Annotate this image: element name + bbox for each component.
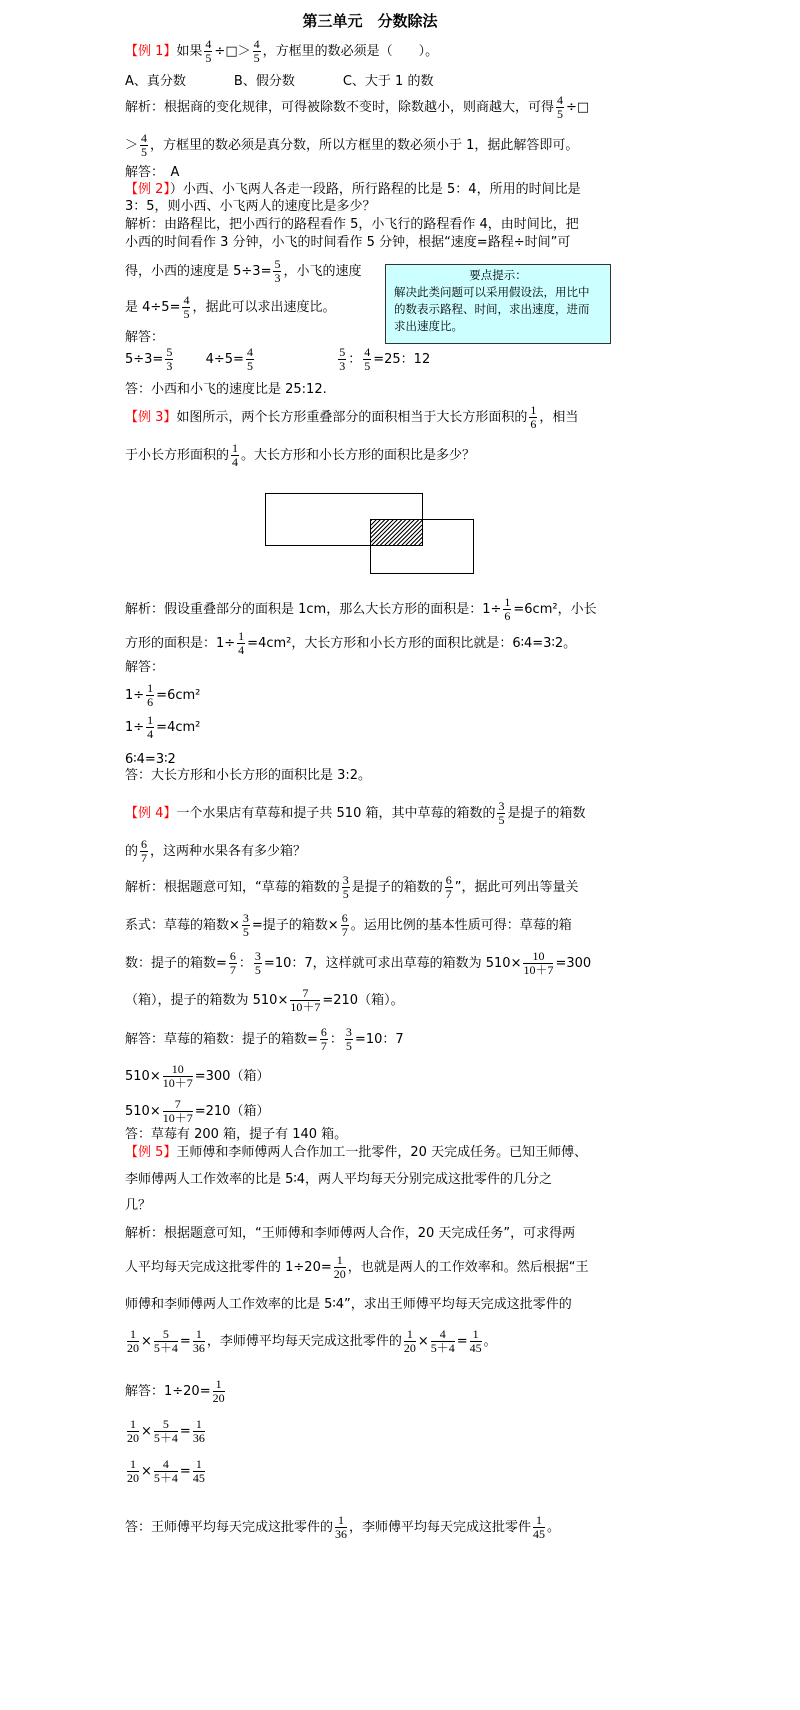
- text: ＞: [125, 138, 138, 153]
- text: 解析：根据商的变化规律，可得被除数不变时，除数越小，则商越大，可得: [125, 100, 554, 115]
- text: 解答：草莓的箱数：提子的箱数=: [125, 1032, 318, 1047]
- numerator: 1: [334, 1254, 346, 1268]
- text: =提子的箱数×: [252, 918, 339, 933]
- numerator: 3: [254, 950, 262, 964]
- fraction: 136: [193, 1328, 205, 1355]
- denominator: 4: [146, 728, 154, 741]
- numerator: 5: [273, 258, 281, 272]
- denominator: 36: [193, 1432, 205, 1445]
- fraction: 120: [213, 1378, 225, 1405]
- text: ，方框里的数必须是真分数，所以方框里的数必须小于 1，据此解答即可。: [150, 138, 578, 153]
- numerator: 1: [193, 1328, 205, 1342]
- denominator: 10＋7: [523, 964, 553, 977]
- denominator: 45: [470, 1342, 482, 1355]
- example-label: 【例 4】: [125, 806, 176, 821]
- denominator: 4: [231, 456, 239, 469]
- fraction: 67: [229, 950, 237, 977]
- text: 系式：草莓的箱数×: [125, 918, 240, 933]
- page-title: 第三单元 分数除法: [0, 10, 740, 31]
- numerator: 3: [345, 1026, 353, 1040]
- denominator: 3: [273, 272, 281, 285]
- fraction: 45: [363, 346, 371, 373]
- option-b: B、假分数: [234, 74, 295, 89]
- numerator: 3: [242, 912, 250, 926]
- fraction: 35: [342, 874, 350, 901]
- fraction: 120: [127, 1328, 139, 1355]
- denominator: 6: [503, 610, 511, 623]
- denominator: 5: [182, 308, 190, 321]
- numerator: 5: [154, 1418, 178, 1432]
- text: =10：7: [355, 1032, 404, 1047]
- fraction: 145: [470, 1328, 482, 1355]
- denominator: 20: [127, 1342, 139, 1355]
- ex5-analysis-1: 解析：根据题意可知，“王师傅和李师傅两人合作，20 天完成任务”，可求得两: [125, 1226, 575, 1242]
- text: 。: [484, 1334, 497, 1349]
- fraction: 53: [273, 258, 281, 285]
- numerator: 4: [204, 38, 212, 52]
- numerator: 1: [146, 682, 154, 696]
- text: ”，据此可列出等量关: [455, 880, 579, 895]
- text: ）小西、小飞两人各走一段路，所行路程的比是 5：4，所用的时间比是: [170, 182, 581, 197]
- denominator: 36: [335, 1528, 347, 1541]
- ex3-analysis-2: 方形的面积是：1÷14=4cm²，大长方形和小长方形的面积比就是：6∶4=3∶2…: [125, 630, 576, 657]
- ex4-question-1: 【例 4】一个水果店有草莓和提子共 510 箱，其中草莓的箱数的35是提子的箱数: [125, 800, 586, 827]
- denominator: 5: [204, 52, 212, 65]
- fraction: 14: [231, 442, 239, 469]
- ex1-question: 【例 1】如果45÷□＞45，方框里的数必须是（ ）。: [125, 38, 438, 65]
- option-a: A、真分数: [125, 74, 186, 89]
- fraction: 45: [204, 38, 212, 65]
- ex4-question-2: 的67，这两种水果各有多少箱？: [125, 838, 306, 865]
- numerator: 6: [320, 1026, 328, 1040]
- text: 4÷5=: [206, 352, 244, 367]
- text: ：: [348, 352, 361, 367]
- denominator: 20: [213, 1392, 225, 1405]
- numerator: 1: [237, 630, 245, 644]
- text: =300（箱）: [195, 1069, 270, 1084]
- overlap-hatched-region: [370, 519, 423, 546]
- text: 方形的面积是：1÷: [125, 636, 235, 651]
- text: ，相当: [539, 410, 578, 425]
- text: 解析：假设重叠部分的面积是 1cm，那么大长方形的面积是：1÷: [125, 602, 501, 617]
- text: ，据此可以求出速度比。: [192, 300, 335, 315]
- text: =210（箱）。: [322, 993, 403, 1008]
- text: =25：12: [373, 352, 430, 367]
- denominator: 5: [246, 360, 254, 373]
- ex3-analysis-1: 解析：假设重叠部分的面积是 1cm，那么大长方形的面积是：1÷16=6cm²，小…: [125, 596, 597, 623]
- fraction: 35: [497, 800, 505, 827]
- fraction: 120: [404, 1328, 416, 1355]
- denominator: 45: [533, 1528, 545, 1541]
- text: =: [180, 1334, 191, 1349]
- denominator: 5: [342, 888, 350, 901]
- text: 。大长方形和小长方形的面积比是多少？: [241, 448, 475, 463]
- numerator: 4: [246, 346, 254, 360]
- text: =4cm²: [156, 720, 200, 735]
- ex4-answer-2: 510×1010＋7=300（箱）: [125, 1063, 269, 1090]
- text: 。运用比例的基本性质可得：草莓的箱: [351, 918, 572, 933]
- numerator: 5: [154, 1328, 178, 1342]
- text: 解析：根据题意可知，“草莓的箱数的: [125, 880, 340, 895]
- denominator: 7: [445, 888, 453, 901]
- fraction: 35: [242, 912, 250, 939]
- fraction: 16: [146, 682, 154, 709]
- numerator: 1: [193, 1418, 205, 1432]
- text: （箱），提子的箱数为 510×: [125, 993, 288, 1008]
- numerator: 1: [404, 1328, 416, 1342]
- text: 如图所示，两个长方形重叠部分的面积相当于大长方形面积的: [176, 410, 527, 425]
- fraction: 67: [445, 874, 453, 901]
- text: ×: [141, 1424, 152, 1439]
- fraction: 53: [338, 346, 346, 373]
- denominator: 20: [127, 1472, 139, 1485]
- ex2-calculations: 5÷3=53 4÷5=45 53：45=25：12: [125, 346, 430, 373]
- ex5-answer-3: 120×45＋4=145: [125, 1458, 207, 1485]
- numerator: 10: [523, 950, 553, 964]
- numerator: 1: [231, 442, 239, 456]
- numerator: 4: [363, 346, 371, 360]
- numerator: 4: [253, 38, 261, 52]
- example-label: 【例 5】: [125, 1145, 176, 1160]
- fraction: 45＋4: [431, 1328, 455, 1355]
- denominator: 5＋4: [154, 1472, 178, 1485]
- ex5-question-2: 李师傅两人工作效率的比是 5∶4，两人平均每天分别完成这批零件的几分之: [125, 1172, 552, 1188]
- text: ，方框里的数必须是（ ）。: [263, 44, 439, 59]
- text: ，李师傅平均每天完成这批零件: [349, 1520, 531, 1535]
- tip-box: 要点提示： 解决此类问题可以采用假设法，用比中 的数表示路程、时间，求出速度，进…: [385, 264, 611, 344]
- text: ：: [330, 1032, 343, 1047]
- ex5-analysis-4: 120×55＋4=136，李师傅平均每天完成这批零件的120×45＋4=145。: [125, 1328, 497, 1355]
- fraction: 35: [345, 1026, 353, 1053]
- ex3-question-1: 【例 3】如图所示，两个长方形重叠部分的面积相当于大长方形面积的16，相当: [125, 404, 578, 431]
- numerator: 3: [342, 874, 350, 888]
- example-label: 【例 2】: [125, 182, 170, 197]
- denominator: 4: [237, 644, 245, 657]
- ex4-analysis-2: 系式：草莓的箱数×35=提子的箱数×67。运用比例的基本性质可得：草莓的箱: [125, 912, 572, 939]
- numerator: 4: [431, 1328, 455, 1342]
- ex3-step-1: 1÷16=6cm²: [125, 682, 200, 709]
- fraction: 45: [182, 294, 190, 321]
- option-c: C、大于 1 的数: [343, 74, 434, 89]
- fraction: 14: [146, 714, 154, 741]
- denominator: 36: [193, 1342, 205, 1355]
- fraction: 120: [127, 1458, 139, 1485]
- denominator: 7: [140, 852, 148, 865]
- numerator: 1: [529, 404, 537, 418]
- numerator: 4: [154, 1458, 178, 1472]
- text: =: [180, 1464, 191, 1479]
- text: 一个水果店有草莓和提子共 510 箱，其中草莓的箱数的: [176, 806, 495, 821]
- fraction: 67: [341, 912, 349, 939]
- fraction: 145: [193, 1458, 205, 1485]
- text: 的: [125, 844, 138, 859]
- ex2-analysis-4: 是 4÷5=45，据此可以求出速度比。: [125, 294, 335, 321]
- text: =210（箱）: [195, 1104, 270, 1119]
- text: 人平均每天完成这批零件的 1÷20=: [125, 1260, 332, 1275]
- denominator: 5: [242, 926, 250, 939]
- numerator: 4: [182, 294, 190, 308]
- numerator: 6: [341, 912, 349, 926]
- denominator: 5: [556, 108, 564, 121]
- text: 数：提子的箱数=: [125, 956, 227, 971]
- ex2-answer-label: 解答：: [125, 330, 164, 346]
- numerator: 7: [163, 1098, 193, 1112]
- numerator: 6: [445, 874, 453, 888]
- denominator: 5＋4: [154, 1342, 178, 1355]
- numerator: 3: [497, 800, 505, 814]
- numerator: 1: [533, 1514, 545, 1528]
- text: ×: [141, 1334, 152, 1349]
- denominator: 5: [497, 814, 505, 827]
- numerator: 1: [127, 1418, 139, 1432]
- text: 于小长方形面积的: [125, 448, 229, 463]
- ex5-question-3: 几？: [125, 1198, 151, 1214]
- numerator: 1: [470, 1328, 482, 1342]
- text: ×: [141, 1464, 152, 1479]
- ex5-analysis-3: 师傅和李师傅两人工作效率的比是 5∶4”，求出王师傅平均每天完成这批零件的: [125, 1297, 572, 1313]
- numerator: 1: [127, 1458, 139, 1472]
- denominator: 20: [404, 1342, 416, 1355]
- ex2-analysis-1: 解析：由路程比，把小西行的路程看作 5，小飞行的路程看作 4，由时间比，把: [125, 217, 579, 233]
- denominator: 7: [229, 964, 237, 977]
- text: 得，小西的速度是 5÷3=: [125, 264, 271, 279]
- text: =4cm²，大长方形和小长方形的面积比就是：6∶4=3∶2。: [247, 636, 576, 651]
- numerator: 4: [140, 132, 148, 146]
- ex5-question-1: 【例 5】王师傅和李师傅两人合作加工一批零件，20 天完成任务。已知王师傅、: [125, 1145, 587, 1161]
- ex1-analysis-2: ＞45，方框里的数必须是真分数，所以方框里的数必须小于 1，据此解答即可。: [125, 132, 578, 159]
- ex4-final-answer: 答：草莓有 200 箱，提子有 140 箱。: [125, 1127, 347, 1143]
- text: =10：7，这样就可求出草莓的箱数为 510×: [264, 956, 522, 971]
- fraction: 136: [335, 1514, 347, 1541]
- denominator: 5: [363, 360, 371, 373]
- ex5-answer-2: 120×55＋4=136: [125, 1418, 207, 1445]
- fraction: 45＋4: [154, 1458, 178, 1485]
- example-label: 【例 1】: [125, 44, 176, 59]
- ex3-step-3: 6∶4=3∶2: [125, 752, 176, 768]
- fraction: 14: [237, 630, 245, 657]
- ex3-step-2: 1÷14=4cm²: [125, 714, 200, 741]
- ex2-question-2: 3：5，则小西、小飞两人的速度比是多少？: [125, 199, 376, 215]
- fraction: 55＋4: [154, 1328, 178, 1355]
- text: ÷□＞: [214, 44, 250, 59]
- text: 1÷: [125, 688, 144, 703]
- denominator: 45: [193, 1472, 205, 1485]
- fraction: 53: [165, 346, 173, 373]
- tip-line: 的数表示路程、时间，求出速度，进而: [394, 301, 602, 318]
- fraction: 45: [140, 132, 148, 159]
- fraction: 45: [253, 38, 261, 65]
- text: 510×: [125, 1104, 161, 1119]
- ex3-answer-label: 解答：: [125, 660, 164, 676]
- ex4-answer-1: 解答：草莓的箱数：提子的箱数=67：35=10：7: [125, 1026, 404, 1053]
- text: 是提子的箱数的: [352, 880, 443, 895]
- text: ：: [239, 956, 252, 971]
- text: =: [457, 1334, 468, 1349]
- text: =6cm²，小长: [513, 602, 596, 617]
- text: 是 4÷5=: [125, 300, 180, 315]
- fraction: 1010＋7: [523, 950, 553, 977]
- text: 王师傅和李师傅两人合作加工一批零件，20 天完成任务。已知王师傅、: [176, 1145, 587, 1160]
- text: =300: [555, 956, 591, 971]
- text: 5÷3=: [125, 352, 163, 367]
- denominator: 10＋7: [163, 1077, 193, 1090]
- fraction: 67: [320, 1026, 328, 1053]
- fraction: 136: [193, 1418, 205, 1445]
- denominator: 10＋7: [163, 1112, 193, 1125]
- ex4-analysis-1: 解析：根据题意可知，“草莓的箱数的35是提子的箱数的67”，据此可列出等量关: [125, 874, 579, 901]
- text: =6cm²: [156, 688, 200, 703]
- denominator: 5: [345, 1040, 353, 1053]
- fraction: 16: [529, 404, 537, 431]
- ex5-analysis-2: 人平均每天完成这批零件的 1÷20=120，也就是两人的工作效率和。然后根据“王: [125, 1254, 588, 1281]
- text: 。: [547, 1520, 560, 1535]
- ex3-final-answer: 答：大长方形和小长方形的面积比是 3:2。: [125, 768, 371, 784]
- denominator: 10＋7: [290, 1001, 320, 1014]
- text: =: [180, 1424, 191, 1439]
- fraction: 145: [533, 1514, 545, 1541]
- ex5-answer-1: 解答：1÷20=120: [125, 1378, 227, 1405]
- text: 510×: [125, 1069, 161, 1084]
- numerator: 1: [127, 1328, 139, 1342]
- fraction: 35: [254, 950, 262, 977]
- text: ，这两种水果各有多少箱？: [150, 844, 306, 859]
- numerator: 1: [335, 1514, 347, 1528]
- ex1-options: A、真分数B、假分数C、大于 1 的数: [125, 74, 433, 90]
- ex2-final-answer: 答：小西和小飞的速度比是 25:12.: [125, 382, 327, 398]
- numerator: 5: [165, 346, 173, 360]
- numerator: 1: [146, 714, 154, 728]
- denominator: 3: [165, 360, 173, 373]
- fraction: 16: [503, 596, 511, 623]
- ex5-final-answer: 答：王师傅平均每天完成这批零件的136，李师傅平均每天完成这批零件145。: [125, 1514, 560, 1541]
- denominator: 5＋4: [154, 1432, 178, 1445]
- ex4-answer-3: 510×710＋7=210（箱）: [125, 1098, 269, 1125]
- text: ÷□: [566, 100, 589, 115]
- numerator: 6: [229, 950, 237, 964]
- denominator: 3: [338, 360, 346, 373]
- ex4-analysis-3: 数：提子的箱数=67：35=10：7，这样就可求出草莓的箱数为 510×1010…: [125, 950, 591, 977]
- text: 如果: [176, 44, 202, 59]
- tip-title: 要点提示：: [394, 267, 602, 284]
- numerator: 10: [163, 1063, 193, 1077]
- text: ，也就是两人的工作效率和。然后根据“王: [348, 1260, 589, 1275]
- text: 1÷: [125, 720, 144, 735]
- text: ，小飞的速度: [283, 264, 361, 279]
- denominator: 5: [254, 964, 262, 977]
- ex2-question-1: 【例 2】）小西、小飞两人各走一段路，所行路程的比是 5：4，所用的时间比是: [125, 182, 581, 198]
- ex1-answer: 解答： A: [125, 165, 179, 181]
- ex4-analysis-4: （箱），提子的箱数为 510×710＋7=210（箱）。: [125, 987, 404, 1014]
- denominator: 6: [146, 696, 154, 709]
- fraction: 710＋7: [163, 1098, 193, 1125]
- fraction: 710＋7: [290, 987, 320, 1014]
- fraction: 120: [127, 1418, 139, 1445]
- ex1-analysis-1: 解析：根据商的变化规律，可得被除数不变时，除数越小，则商越大，可得45÷□: [125, 94, 589, 121]
- text: 解答：1÷20=: [125, 1384, 211, 1399]
- ex2-analysis-2: 小西的时间看作 3 分钟，小飞的时间看作 5 分钟，根据“速度=路程÷时间”可: [125, 235, 570, 251]
- fraction: 120: [334, 1254, 346, 1281]
- numerator: 1: [503, 596, 511, 610]
- denominator: 20: [334, 1268, 346, 1281]
- example-label: 【例 3】: [125, 410, 176, 425]
- fraction: 1010＋7: [163, 1063, 193, 1090]
- fraction: 45: [556, 94, 564, 121]
- numerator: 1: [193, 1458, 205, 1472]
- text: ×: [418, 1334, 429, 1349]
- numerator: 1: [213, 1378, 225, 1392]
- denominator: 5＋4: [431, 1342, 455, 1355]
- denominator: 5: [253, 52, 261, 65]
- ex3-question-2: 于小长方形面积的14。大长方形和小长方形的面积比是多少？: [125, 442, 475, 469]
- fraction: 45: [246, 346, 254, 373]
- fraction: 67: [140, 838, 148, 865]
- numerator: 5: [338, 346, 346, 360]
- text: 答：王师傅平均每天完成这批零件的: [125, 1520, 333, 1535]
- text: 是提子的箱数: [507, 806, 585, 821]
- tip-line: 求出速度比。: [394, 318, 602, 335]
- ex2-analysis-3: 得，小西的速度是 5÷3=53，小飞的速度: [125, 258, 361, 285]
- denominator: 6: [529, 418, 537, 431]
- text: ，李师傅平均每天完成这批零件的: [207, 1334, 402, 1349]
- fraction: 55＋4: [154, 1418, 178, 1445]
- denominator: 5: [140, 146, 148, 159]
- numerator: 6: [140, 838, 148, 852]
- numerator: 4: [556, 94, 564, 108]
- denominator: 7: [320, 1040, 328, 1053]
- tip-line: 解决此类问题可以采用假设法，用比中: [394, 284, 602, 301]
- denominator: 7: [341, 926, 349, 939]
- denominator: 20: [127, 1432, 139, 1445]
- numerator: 7: [290, 987, 320, 1001]
